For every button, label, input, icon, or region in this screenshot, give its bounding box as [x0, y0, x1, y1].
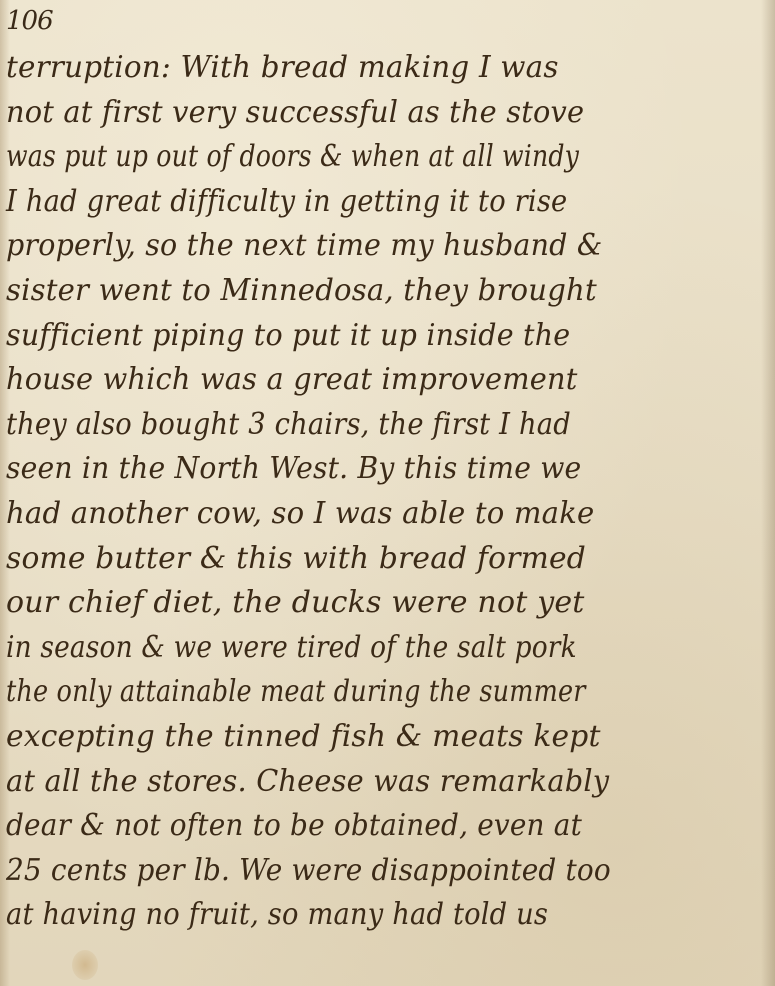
text-line: they also bought 3 chairs, the first I h…	[6, 403, 698, 448]
text-line: had another cow, so I was able to make	[6, 492, 743, 537]
text-line: some butter & this with bread formed	[6, 537, 758, 582]
text-line: 25 cents per lb. We were disappointed to…	[6, 849, 713, 894]
text-line: sufficient piping to put it up inside th…	[6, 314, 728, 359]
page-number: 106	[6, 6, 53, 36]
handwritten-text-body: terruption: With bread making I was not …	[6, 46, 766, 938]
paper-stain	[72, 950, 98, 980]
text-line: at all the stores. Cheese was remarkably	[6, 760, 736, 805]
text-line: was put up out of doors & when at all wi…	[6, 135, 644, 180]
text-line: seen in the North West. By this time we	[6, 447, 720, 492]
text-line: dear & not often to be obtained, even at	[6, 804, 713, 849]
text-line: not at first very successful as the stov…	[6, 91, 736, 136]
text-line: the only attainable meat during the summ…	[6, 670, 652, 715]
text-line: I had great difficulty in getting it to …	[6, 180, 698, 225]
text-line: properly, so the next time my husband &	[6, 224, 728, 269]
text-line: our chief diet, the ducks were not yet	[6, 581, 766, 626]
text-line: house which was a great improvement	[6, 358, 736, 403]
text-line: in season & we were tired of the salt po…	[6, 626, 675, 671]
text-line: terruption: With bread making I was	[6, 46, 751, 91]
text-line: excepting the tinned fish & meats kept	[6, 715, 758, 760]
manuscript-page: 106 terruption: With bread making I was …	[0, 0, 775, 986]
text-line: sister went to Minnedosa, they brought	[6, 269, 743, 314]
text-line: at having no fruit, so many had told us	[6, 893, 698, 938]
